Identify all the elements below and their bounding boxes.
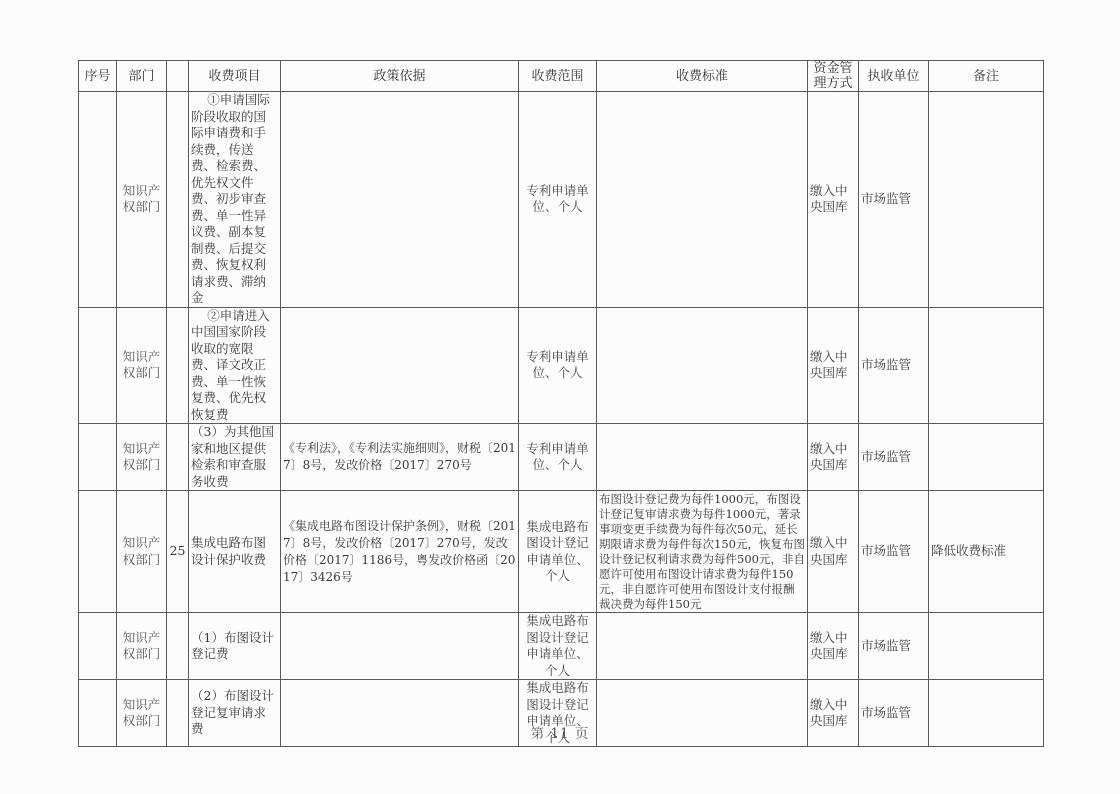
cell-collector: 市场监管 (859, 92, 929, 308)
cell-sub-seq: 25 (167, 491, 189, 613)
header-policy: 政策依据 (281, 61, 519, 92)
cell-item: ②申请进入中国国家阶段收取的宽限费、译文改正费、单一性恢复费、优先权恢复费 (189, 307, 281, 424)
cell-scope: 集成电路布图设计登记申请单位、个人 (519, 613, 597, 680)
cell-item: 集成电路布图设计保护收费 (189, 491, 281, 613)
header-collector: 执收单位 (859, 61, 929, 92)
header-note: 备注 (929, 61, 1044, 92)
cell-fund-mgmt: 缴入中央国库 (808, 424, 859, 491)
cell-collector: 市场监管 (859, 613, 929, 680)
cell-seq (79, 307, 117, 424)
cell-sub-seq (167, 307, 189, 424)
cell-fund-mgmt: 缴入中央国库 (808, 491, 859, 613)
cell-policy: 《专利法》，《专利法实施细则》，财税〔2017〕8号，发改价格〔2017〕270… (281, 424, 519, 491)
page-number: 第 11 页 (0, 722, 1120, 742)
cell-collector: 市场监管 (859, 307, 929, 424)
cell-dept: 知识产权部门 (117, 92, 167, 308)
cell-scope: 专利申请单位、个人 (519, 92, 597, 308)
table-row: 知识产权部门 （1）布图设计登记费 集成电路布图设计登记申请单位、个人 缴入中央… (79, 613, 1044, 680)
table-row: 知识产权部门 ②申请进入中国国家阶段收取的宽限费、译文改正费、单一性恢复费、优先… (79, 307, 1044, 424)
cell-item: ①申请国际阶段收取的国际申请费和手续费，传送费、检索费、优先权文件费、初步审查费… (189, 92, 281, 308)
cell-collector: 市场监管 (859, 491, 929, 613)
cell-seq (79, 613, 117, 680)
cell-sub-seq (167, 92, 189, 308)
cell-policy (281, 613, 519, 680)
header-dept: 部门 (117, 61, 167, 92)
cell-policy (281, 92, 519, 308)
cell-collector: 市场监管 (859, 424, 929, 491)
table-row: 知识产权部门 ①申请国际阶段收取的国际申请费和手续费，传送费、检索费、优先权文件… (79, 92, 1044, 308)
cell-policy (281, 307, 519, 424)
header-scope: 收费范围 (519, 61, 597, 92)
cell-sub-seq (167, 424, 189, 491)
cell-standard (597, 92, 808, 308)
fee-table: 序号 部门 收费项目 政策依据 收费范围 收费标准 资金管理方式 执收单位 备注… (78, 60, 1044, 747)
cell-note: 降低收费标准 (929, 491, 1044, 613)
table-header-row: 序号 部门 收费项目 政策依据 收费范围 收费标准 资金管理方式 执收单位 备注 (79, 61, 1044, 92)
cell-standard: 布图设计登记费为每件1000元，布图设计登记复审请求费为每件1000元，著录事项… (597, 491, 808, 613)
cell-note (929, 92, 1044, 308)
document-page: 序号 部门 收费项目 政策依据 收费范围 收费标准 资金管理方式 执收单位 备注… (0, 0, 1120, 794)
cell-dept: 知识产权部门 (117, 491, 167, 613)
cell-standard (597, 307, 808, 424)
header-sub-seq (167, 61, 189, 92)
cell-item: （3）为其他国家和地区提供检索和审查服务收费 (189, 424, 281, 491)
cell-standard (597, 424, 808, 491)
cell-sub-seq (167, 613, 189, 680)
cell-dept: 知识产权部门 (117, 424, 167, 491)
header-standard: 收费标准 (597, 61, 808, 92)
cell-note (929, 424, 1044, 491)
cell-dept: 知识产权部门 (117, 613, 167, 680)
table-row: 知识产权部门 （3）为其他国家和地区提供检索和审查服务收费 《专利法》，《专利法… (79, 424, 1044, 491)
cell-fund-mgmt: 缴入中央国库 (808, 613, 859, 680)
cell-seq (79, 491, 117, 613)
cell-dept: 知识产权部门 (117, 307, 167, 424)
cell-note (929, 613, 1044, 680)
cell-scope: 专利申请单位、个人 (519, 424, 597, 491)
header-seq: 序号 (79, 61, 117, 92)
cell-item: （1）布图设计登记费 (189, 613, 281, 680)
table-row: 知识产权部门 25 集成电路布图设计保护收费 《集成电路布图设计保护条例》，财税… (79, 491, 1044, 613)
cell-scope: 集成电路布图设计登记申请单位、个人 (519, 491, 597, 613)
cell-scope: 专利申请单位、个人 (519, 307, 597, 424)
cell-fund-mgmt: 缴入中央国库 (808, 92, 859, 308)
cell-standard (597, 613, 808, 680)
cell-seq (79, 92, 117, 308)
header-fund-mgmt: 资金管理方式 (808, 61, 859, 92)
cell-note (929, 307, 1044, 424)
cell-fund-mgmt: 缴入中央国库 (808, 307, 859, 424)
cell-seq (79, 424, 117, 491)
header-item: 收费项目 (189, 61, 281, 92)
cell-policy: 《集成电路布图设计保护条例》，财税〔2017〕8号，发改价格〔2017〕270号… (281, 491, 519, 613)
